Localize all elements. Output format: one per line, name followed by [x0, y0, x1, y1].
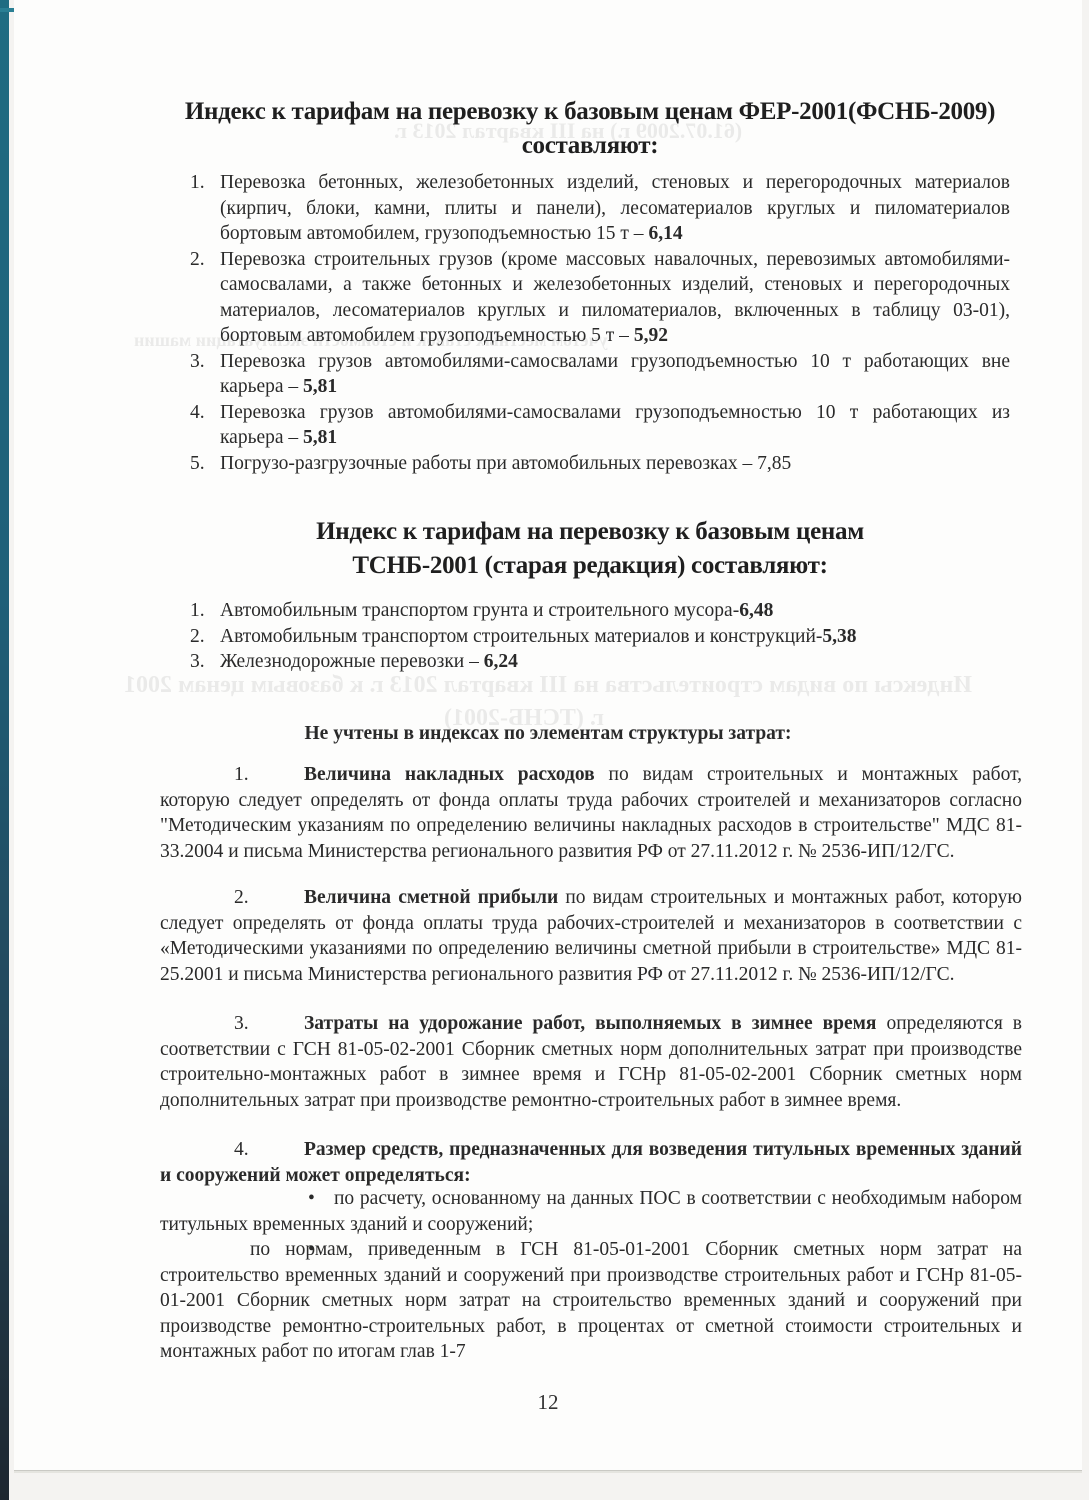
section1-title-line1: Индекс к тарифам на перевозку к базовым …	[185, 98, 995, 125]
list-item-number: 3.	[190, 349, 205, 375]
index-value: 5,81	[303, 427, 337, 448]
list-item-number: 2.	[190, 624, 205, 650]
list-item-text: Погрузо-разгрузочные работы при автомоби…	[220, 453, 757, 474]
list-item: 4.Перевозка грузов автомобилями-самосвал…	[190, 400, 1010, 451]
list-item-number: 3.	[190, 649, 205, 675]
list-item: 3.Железнодорожные перевозки – 6,24	[190, 649, 1010, 675]
paragraph-bold-term: Величина накладных расходов	[304, 764, 595, 785]
section1-title: Индекс к тарифам на перевозку к базовым …	[150, 95, 1030, 163]
index-value: 5,92	[634, 325, 668, 346]
index-value: 6,48	[739, 600, 773, 621]
paragraph-profit: 2.Величина сметной прибыли по видам стро…	[160, 885, 1022, 987]
list-item: 1.Автомобильным транспортом грунта и стр…	[190, 598, 1010, 624]
document-page: (61.07.2009 г.) на III квартал 2013 г. у…	[14, 0, 1082, 1471]
list-item-text: Железнодорожные перевозки –	[220, 651, 484, 672]
list-item: 2.Автомобильным транспортом строительных…	[190, 624, 1010, 650]
list-item-text: Перевозка строительных грузов (кроме мас…	[220, 249, 1010, 347]
section1-list: 1.Перевозка бетонных, железобетонных изд…	[190, 170, 1010, 476]
paragraph-winter-costs: 3.Затраты на удорожание работ, выполняем…	[160, 1011, 1022, 1113]
index-value: 5,81	[303, 376, 337, 397]
paragraph-bold-term: Величина сметной прибыли	[304, 887, 558, 908]
list-item: 1.Перевозка бетонных, железобетонных изд…	[190, 170, 1010, 247]
paragraph-temporary-buildings: 4.Размер средств, предназначенных для во…	[160, 1137, 1022, 1188]
bullet-item: •по расчету, основанному на данных ПОС в…	[160, 1186, 1022, 1237]
paragraph-number: 2.	[234, 885, 304, 911]
paragraph-number: 1.	[234, 762, 304, 788]
paragraph-number: 4.	[234, 1137, 304, 1163]
section2-list: 1.Автомобильным транспортом грунта и стр…	[190, 598, 1010, 675]
bullet-icon: •	[234, 1237, 250, 1263]
list-item: 5.Погрузо-разгрузочные работы при автомо…	[190, 451, 1010, 477]
index-value: 6,24	[484, 651, 518, 672]
section2-title-line2: ТСНБ-2001 (старая редакция) составляют:	[352, 552, 827, 579]
bleed-through-text: Индексы по видам строительства на III кв…	[124, 672, 972, 699]
list-item-number: 4.	[190, 400, 205, 426]
index-value: 6,14	[648, 223, 682, 244]
section2-title: Индекс к тарифам на перевозку к базовым …	[250, 515, 930, 583]
list-item-text: Автомобильным транспортом грунта и строи…	[220, 600, 739, 621]
list-item-text: Перевозка бетонных, железобетонных издел…	[220, 172, 1010, 244]
index-value: 5,38	[822, 626, 856, 647]
bullet-icon: •	[234, 1186, 334, 1212]
section3-heading: Не учтены в индексах по элементам структ…	[14, 723, 1082, 745]
scan-edge-left	[0, 0, 9, 1500]
list-item-text: Автомобильным транспортом строительных м…	[220, 626, 822, 647]
list-item: 2.Перевозка строительных грузов (кроме м…	[190, 247, 1010, 349]
scan-edge-mark	[0, 8, 15, 12]
list-item-number: 2.	[190, 247, 205, 273]
paragraph-overhead: 1.Величина накладных расходов по видам с…	[160, 762, 1022, 864]
paragraph-bold-term: Затраты на удорожание работ, выполняемых…	[304, 1013, 876, 1034]
list-item-number: 5.	[190, 451, 205, 477]
section1-title-line2: составляют:	[522, 132, 659, 159]
list-item-text: Перевозка грузов автомобилями-самосвалам…	[220, 351, 1010, 398]
paragraph-number: 3.	[234, 1011, 304, 1037]
list-item-number: 1.	[190, 170, 205, 196]
index-value: 7,85	[757, 453, 791, 474]
bullet-item: •по нормам, приведенным в ГСН 81-05-01-2…	[160, 1237, 1022, 1365]
page-number: 12	[14, 1390, 1082, 1415]
bullet-text: по нормам, приведенным в ГСН 81-05-01-20…	[160, 1239, 1022, 1362]
section2-title-line1: Индекс к тарифам на перевозку к базовым …	[316, 518, 864, 545]
list-item-number: 1.	[190, 598, 205, 624]
list-item: 3.Перевозка грузов автомобилями-самосвал…	[190, 349, 1010, 400]
list-item-text: Перевозка грузов автомобилями-самосвалам…	[220, 402, 1010, 449]
